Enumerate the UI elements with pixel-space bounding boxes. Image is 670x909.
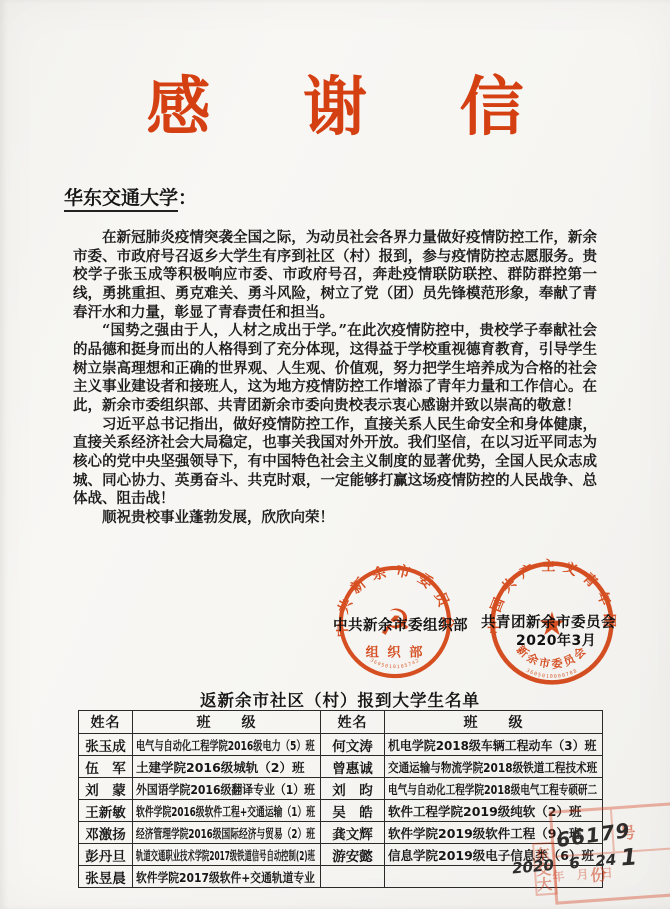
student-name: 龚文辉 (324, 823, 381, 843)
table-header-cell: 姓名 (321, 711, 385, 734)
roster-title: 返新余市社区（村）报到大学生名单 (0, 687, 670, 711)
table-row: 张玉成 电气与自动化工程学院2016级电力（5）班 何文涛 机电学院2018级车… (79, 734, 603, 756)
org-signature-right: 共青团新余市委员会 (481, 611, 616, 632)
paragraph: 在新冠肺炎疫情突袭全国之际，为动员社会各界力量做好疫情防控工作，新余市委、市政府… (73, 229, 597, 322)
student-name: 张玉成 (82, 735, 129, 755)
student-class: 轨道交通职业技术学院2017级铁道信号自动控制(2)班 (136, 846, 315, 864)
student-name: 刘 蒙 (82, 779, 129, 799)
paragraph: 习近平总书记指出，做好疫情防控工作，直接关系人民生命安全和身体健康，直接关系经济… (73, 416, 597, 509)
paragraph: “国势之强由于人，人材之成出于学。”在此次疫情防控中，贵校学子奉献社会的品德和挺… (73, 322, 597, 415)
letter-body: 在新冠肺炎疫情突袭全国之际，为动员社会各界力量做好疫情防控工作，新余市委、市政府… (73, 229, 597, 528)
student-class: 经济管理学院2016级国际经济与贸易（2）班 (136, 824, 315, 842)
student-name: 何文涛 (324, 735, 381, 755)
salutation-colon: ： (178, 187, 197, 209)
table-row: 伍 军 土建学院2016级城轨（2）班 曾惠诚 交通运输与物流学院2018级铁道… (79, 756, 603, 778)
student-name: 王新敏 (82, 801, 129, 821)
student-name: 伍 军 (82, 757, 129, 777)
letter-title: 感 谢 信 (0, 56, 670, 148)
student-name: 邓激扬 (82, 823, 129, 843)
student-class: 电气与自动化工程学院2018级电气工程专硕研二 (388, 780, 597, 798)
signature-date: 2020年3月 (516, 630, 596, 650)
recipient-name: 华东交通大学 (64, 187, 178, 212)
org-signature-left: 中共新余市委组织部 (333, 614, 468, 635)
table-header-cell: 班 级 (385, 711, 603, 734)
table-header-row: 姓名 班 级 姓名 班 级 (79, 711, 603, 734)
table-header-cell: 姓名 (79, 711, 133, 734)
student-name: 张昱晨 (82, 867, 129, 887)
paragraph: 顺祝贵校事业蓬勃发展，欣欣向荣！ (73, 509, 597, 528)
table-row: 王新敏 软件学院2016级软件工程+交通运输（1）班 吴 皓 软件工程学院201… (79, 800, 603, 822)
student-class: 电气与自动化工程学院2016级电力（5）班 (136, 736, 315, 754)
table-header-cell: 班 级 (133, 711, 321, 734)
scanned-letter-page: 感 谢 信 华东交通大学： 在新冠肺炎疫情突袭全国之际，为动员社会各界力量做好疫… (0, 0, 670, 909)
student-class: 外国语学院2016级翻译专业（1）班 (136, 780, 315, 798)
student-class: 软件学院2016级软件工程+交通运输（1）班 (136, 802, 315, 820)
student-name: 刘 昀 (324, 779, 381, 799)
seal-bottom-text: 组 织 部 (366, 643, 425, 660)
student-class: 软件学院2017级软件+交通轨道专业 (136, 868, 315, 886)
salutation: 华东交通大学： (64, 183, 197, 210)
student-name: 吴 皓 (324, 801, 381, 821)
table-row: 邓激扬 经济管理学院2016级国际经济与贸易（2）班 龚文辉 软件学院2019级… (79, 822, 603, 844)
table-row: 刘 蒙 外国语学院2016级翻译专业（1）班 刘 昀 电气与自动化工程学院201… (79, 778, 603, 800)
student-name: 曾惠诚 (324, 757, 381, 777)
student-name: 游安懿 (324, 845, 381, 865)
student-class: 交通运输与物流学院2018级铁道工程技术班 (388, 758, 597, 776)
student-class: 土建学院2016级城轨（2）班 (136, 758, 305, 776)
handwritten-page-number: 1 (620, 844, 638, 871)
student-name: 彭丹旦 (82, 845, 129, 865)
student-class: 机电学院2018级车辆工程动车（3）班 (388, 736, 596, 754)
